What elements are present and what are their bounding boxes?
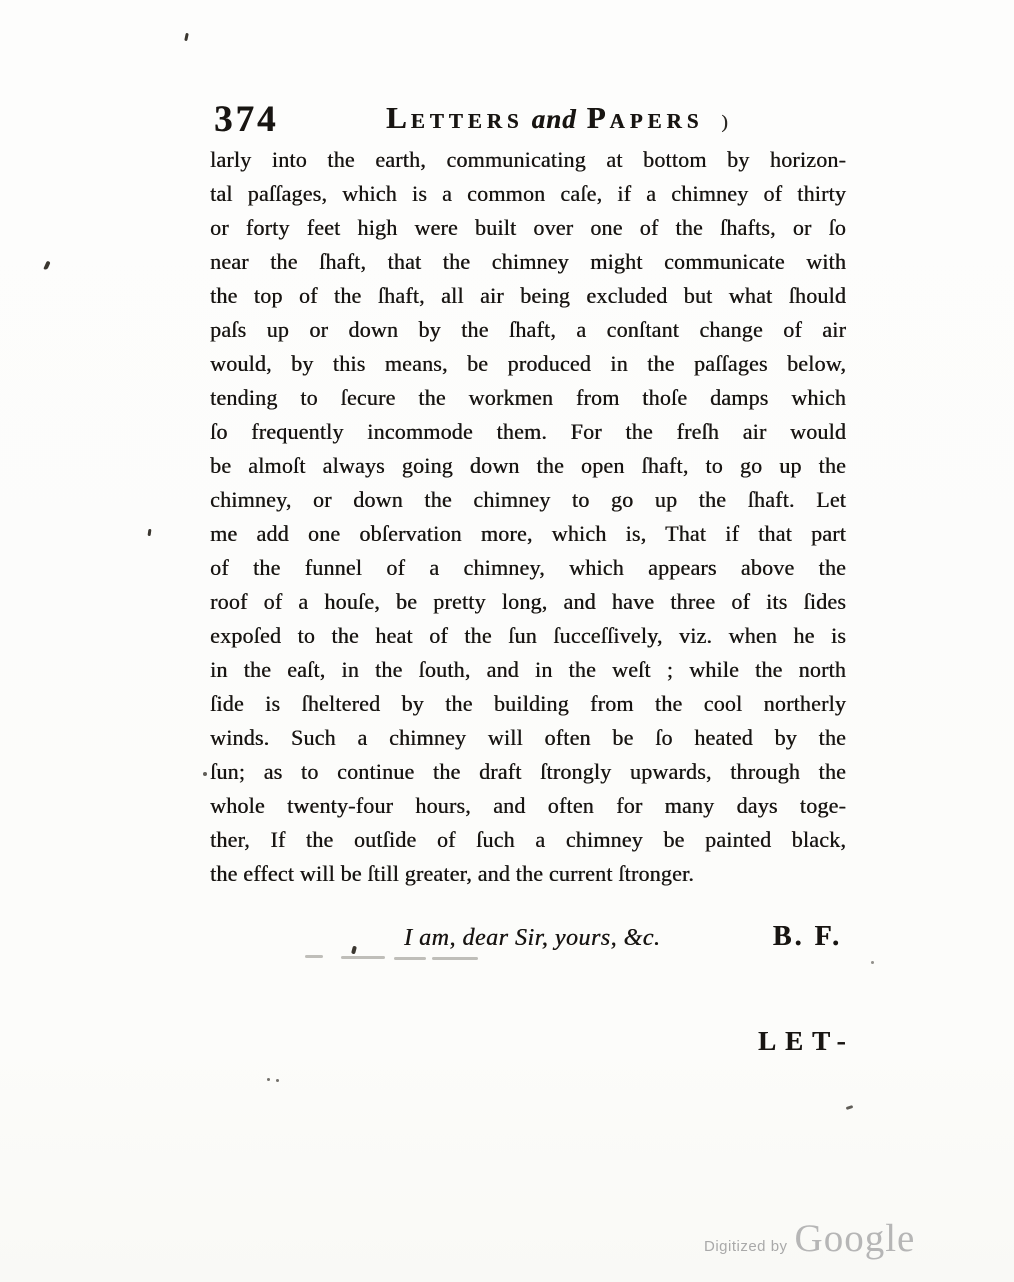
running-title-conjunction: and — [532, 104, 577, 134]
text-line: ſun; as to continue the draft ſtrongly u… — [210, 755, 846, 789]
text-line: whole twenty-four hours, and often for m… — [210, 789, 846, 823]
text-line: ther, If the outſide of ſuch a chimney b… — [210, 823, 846, 857]
ink-speck — [351, 946, 357, 955]
text-line: me add one obſervation more, which is, T… — [210, 517, 846, 551]
page-number: 374 — [214, 98, 279, 141]
valediction: I am, dear Sir, yours, &c. — [404, 925, 660, 952]
letter-closing: I am, dear Sir, yours, &c. B. F. — [210, 921, 846, 953]
text-line: the effect will be ſtill greater, and th… — [210, 857, 846, 891]
running-title-word1-initial: L — [386, 100, 411, 135]
ink-speck — [846, 1105, 854, 1110]
text-line: ſo frequently incommode them. For the fr… — [210, 415, 846, 449]
text-line: winds. Such a chimney will often be ſo h… — [210, 721, 846, 755]
stray-ink-mark: ) — [721, 112, 731, 133]
ink-speck — [184, 33, 189, 41]
running-title: LETTERSandPAPERS) — [386, 100, 732, 136]
text-line: roof of a houſe, be pretty long, and hav… — [210, 585, 846, 619]
text-line: expoſed to the heat of the ſun ſucceſſiv… — [210, 619, 846, 653]
text-line: near the ſhaft, that the chimney might c… — [210, 245, 846, 279]
text-line: would, by this means, be produced in the… — [210, 347, 846, 381]
running-title-word2-rest: APERS — [610, 109, 704, 133]
text-line: paſs up or down by the ſhaft, a conſtant… — [210, 313, 846, 347]
ink-speck — [148, 529, 152, 536]
ink-speck — [871, 961, 874, 964]
text-line: larly into the earth, communicating at b… — [210, 143, 846, 177]
google-logo: Google — [795, 1216, 916, 1261]
letter-body: larly into the earth, communicating at b… — [210, 143, 846, 891]
bleedthrough-mark — [305, 955, 323, 958]
running-title-word2-initial: P — [587, 100, 610, 135]
book-page: 374 LETTERSandPAPERS) larly into the ear… — [0, 0, 1014, 1282]
text-line: tending to ſecure the workmen from thoſe… — [210, 381, 846, 415]
ink-speck — [267, 1078, 270, 1081]
text-line: of the funnel of a chimney, which appear… — [210, 551, 846, 585]
ink-speck — [276, 1079, 279, 1082]
text-line: tal paſſages, which is a common caſe, if… — [210, 177, 846, 211]
google-watermark: Digitized by Google — [704, 1216, 915, 1261]
signature-initials: B. F. — [773, 921, 842, 953]
text-line: chimney, or down the chimney to go up th… — [210, 483, 846, 517]
text-line: ſide is ſheltered by the building from t… — [210, 687, 846, 721]
catchword: LET- — [758, 1026, 855, 1057]
text-line: or forty feet high were built over one o… — [210, 211, 846, 245]
digitized-by-label: Digitized by — [704, 1238, 788, 1255]
running-title-word1-rest: ETTERS — [411, 109, 524, 133]
ink-speck — [203, 772, 207, 776]
text-line: be almoſt always going down the open ſha… — [210, 449, 846, 483]
text-line: in the eaſt, in the ſouth, and in the we… — [210, 653, 846, 687]
bleedthrough-mark — [394, 957, 426, 960]
text-line: the top of the ſhaft, all air being excl… — [210, 279, 846, 313]
ink-speck — [43, 261, 50, 271]
bleedthrough-mark — [432, 957, 478, 960]
bleedthrough-mark — [341, 956, 385, 959]
